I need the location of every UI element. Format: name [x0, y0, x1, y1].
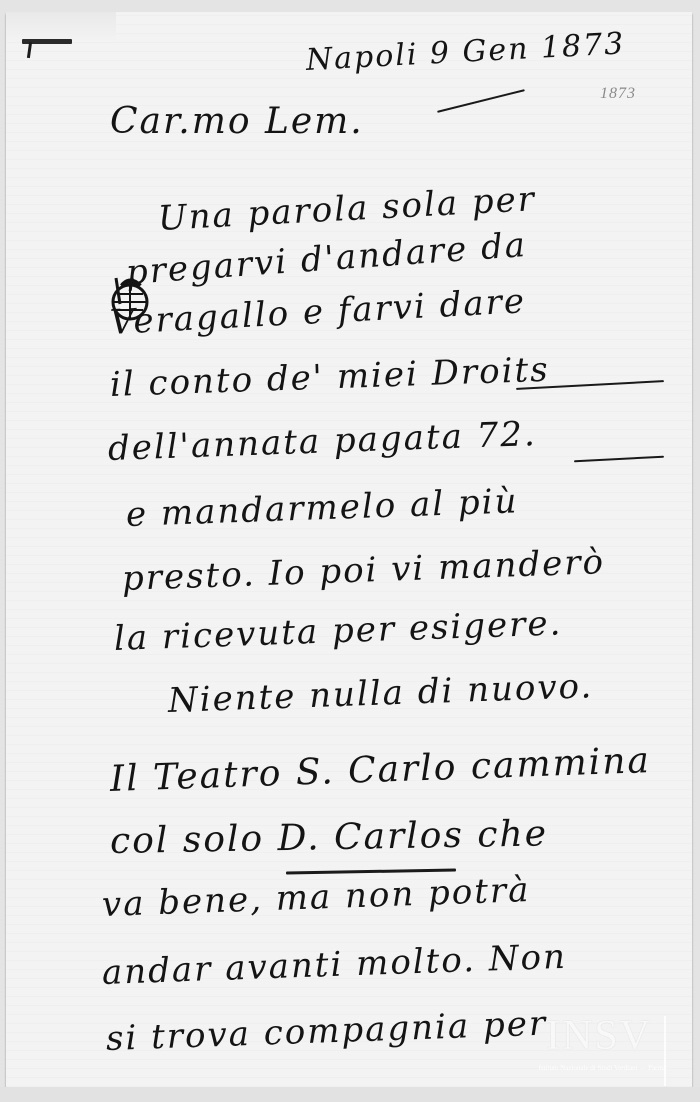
scan-background-strip	[0, 1087, 700, 1102]
document-viewer: Napoli 9 Gen 1873 1873 Car.mo Lem. Una p…	[0, 0, 700, 1102]
letter-line: dell'annata pagata 72.	[107, 417, 537, 466]
letter-line: la ricevuta per esigere.	[113, 606, 562, 656]
underline-amount	[574, 456, 664, 463]
paper-fold-shadow	[6, 12, 116, 42]
letter-line: col solo D. Carlos che	[110, 816, 549, 860]
letter-line: e mandarmelo al più	[125, 484, 519, 532]
salutation: Car.mo Lem.	[110, 104, 364, 140]
letter-line: Niente nulla di nuovo.	[167, 669, 593, 718]
insv-watermark: INSV Istituto Nazionale di Studi Verdian…	[546, 1012, 692, 1087]
letter-line: il conto de' miei Droits	[109, 353, 550, 402]
place-date: Napoli 9 Gen 1873	[305, 29, 626, 76]
watermark-logo: INSV	[546, 1012, 652, 1060]
letter-line: Il Teatro S. Carlo cammina	[109, 743, 651, 798]
letter-line: si trova compagnia per	[105, 1007, 547, 1056]
date-flourish	[437, 89, 525, 113]
page-number-glyph	[27, 42, 32, 58]
watermark-caption: Istituto Nazionale di Studi Verdiani — P…	[506, 1064, 666, 1073]
date-pencil-annotation: 1873	[600, 86, 636, 102]
watermark-frame	[546, 1016, 666, 1086]
letter-line: va bene, ma non potrà	[101, 873, 531, 922]
letter-line: andar avanti molto. Non	[101, 940, 567, 990]
letter-page: Napoli 9 Gen 1873 1873 Car.mo Lem. Una p…	[6, 12, 692, 1087]
letter-line: presto. Io poi vi manderò	[121, 545, 605, 596]
letter-line: Veragallo e farvi dare	[109, 284, 527, 340]
